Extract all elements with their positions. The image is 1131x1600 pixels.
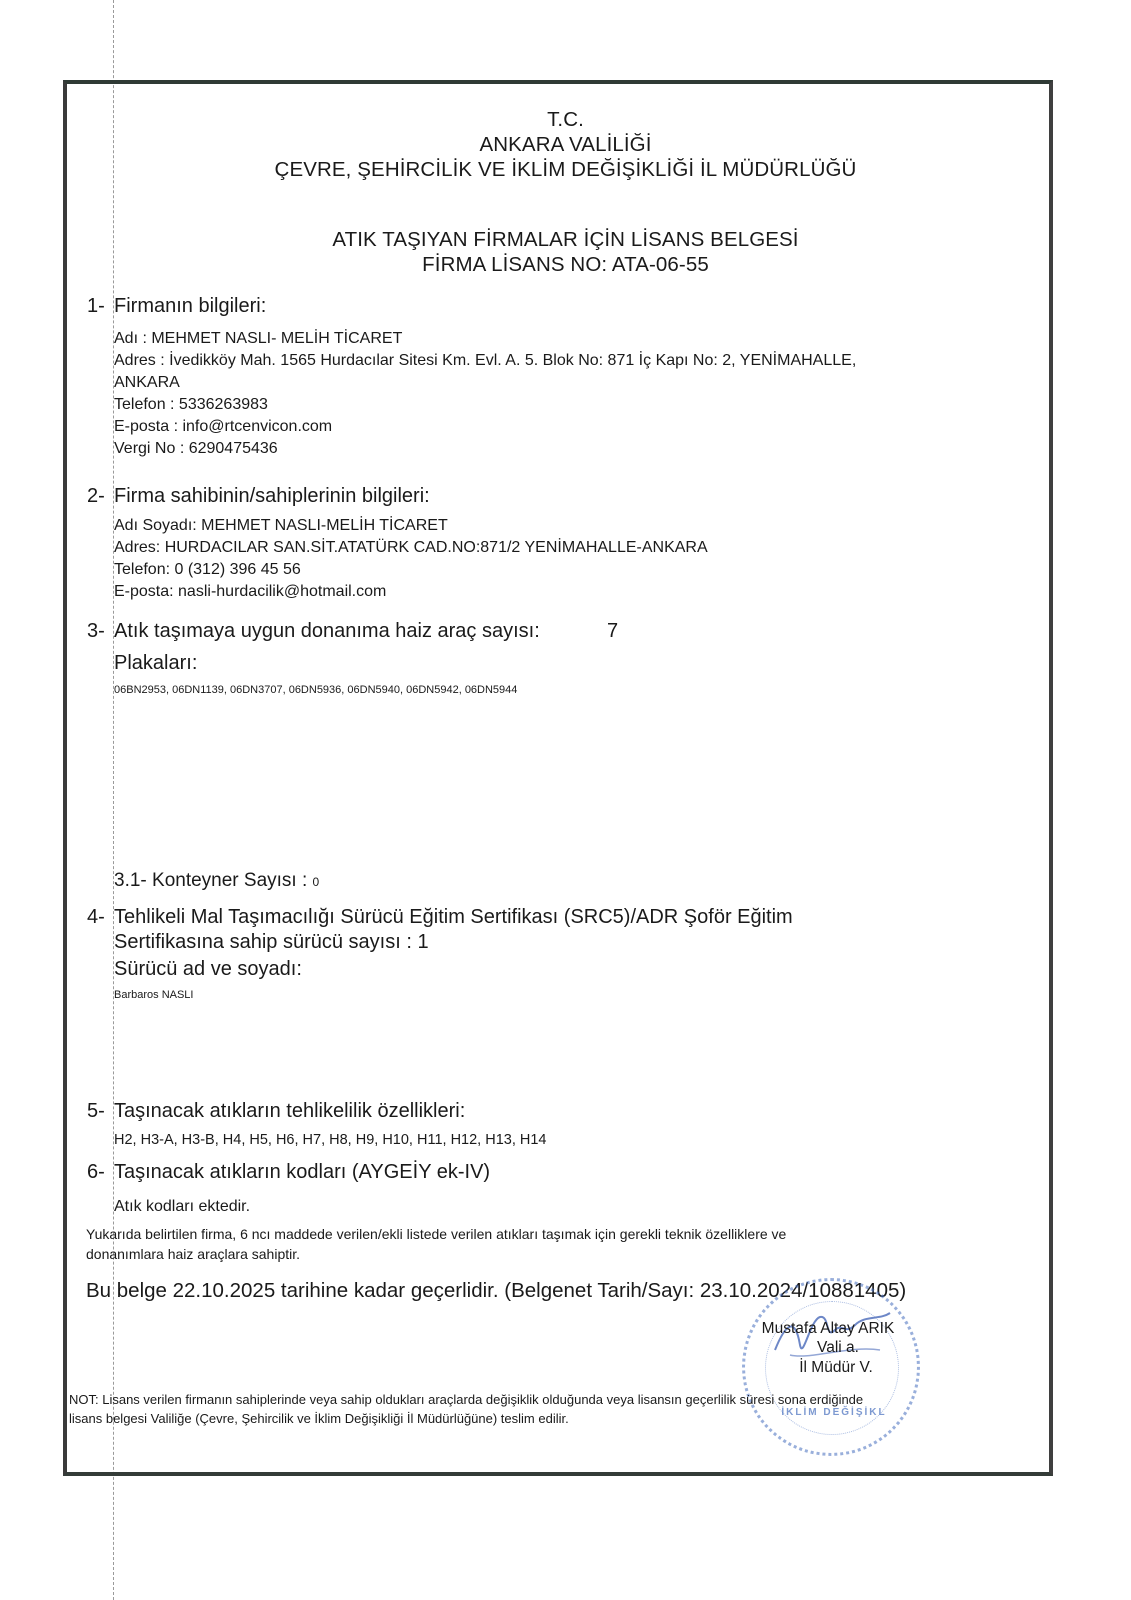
signer-name: Mustafa Altay ARIK — [728, 1320, 928, 1338]
owner-phone: Telefon: 0 (312) 396 45 56 — [114, 561, 301, 579]
section-4-title-line2: Sertifikasına sahip sürücü sayısı : 1 — [114, 931, 429, 954]
owner-name: Adı Soyadı: MEHMET NASLI-MELİH TİCARET — [114, 517, 448, 535]
firm-phone: Telefon : 5336263983 — [114, 396, 268, 414]
stamp-text: İKLİM DEĞİŞİKL — [745, 1407, 923, 1418]
note-line2: lisans belgesi Valiliğe (Çevre, Şehircil… — [69, 1411, 569, 1426]
firm-tax-no: Vergi No : 6290475436 — [114, 440, 278, 458]
container-count-line: 3.1- Konteyner Sayısı : 0 — [114, 870, 319, 892]
section-5-number: 5- — [87, 1100, 105, 1123]
section-2-number: 2- — [87, 485, 105, 508]
section-1-number: 1- — [87, 295, 105, 318]
owner-address: Adres: HURDACILAR SAN.SİT.ATATÜRK CAD.NO… — [114, 539, 708, 557]
statement-line1: Yukarıda belirtilen firma, 6 ncı maddede… — [86, 1226, 786, 1242]
section-5-title: Taşınacak atıkların tehlikelilik özellik… — [114, 1100, 465, 1123]
section-4-title-line1: Tehlikeli Mal Taşımacılığı Sürücü Eğitim… — [114, 906, 793, 929]
container-label: 3.1- Konteyner Sayısı : — [114, 870, 307, 891]
section-3-number: 3- — [87, 620, 105, 643]
statement-line2: donanımlara haiz araçlara sahiptir. — [86, 1246, 300, 1262]
drivers-list: Barbaros NASLI — [114, 989, 193, 1001]
section-3-title: Atık taşımaya uygun donanıma haiz araç s… — [114, 620, 540, 643]
signer-role-director: İl Müdür V. — [736, 1359, 936, 1377]
section-2-title: Firma sahibinin/sahiplerinin bilgileri: — [114, 485, 430, 508]
license-number: FİRMA LİSANS NO: ATA-06-55 — [0, 253, 1131, 277]
drivers-label: Sürücü ad ve soyadı: — [114, 958, 302, 981]
firm-name: Adı : MEHMET NASLI- MELİH TİCARET — [114, 330, 402, 348]
section-4-number: 4- — [87, 906, 105, 929]
section-6-title: Taşınacak atıkların kodları (AYGEİY ek-I… — [114, 1161, 490, 1184]
hazard-properties: H2, H3-A, H3-B, H4, H5, H6, H7, H8, H9, … — [114, 1132, 547, 1148]
vehicle-count: 7 — [607, 620, 618, 643]
section-6-number: 6- — [87, 1161, 105, 1184]
plates-list: 06BN2953, 06DN1139, 06DN3707, 06DN5936, … — [114, 684, 517, 696]
firm-address-line1: Adres : İvedikköy Mah. 1565 Hurdacılar S… — [114, 352, 856, 370]
document-frame — [63, 80, 1053, 1476]
header-governorship: ANKARA VALİLİĞİ — [0, 133, 1131, 157]
section-1-title: Firmanın bilgileri: — [114, 295, 266, 318]
owner-email: E-posta: nasli-hurdacilik@hotmail.com — [114, 583, 386, 601]
document-title: ATIK TAŞIYAN FİRMALAR İÇİN LİSANS BELGES… — [0, 228, 1131, 252]
header-tc: T.C. — [0, 108, 1131, 132]
waste-codes: Atık kodları ektedir. — [114, 1198, 250, 1216]
firm-email: E-posta : info@rtcenvicon.com — [114, 418, 332, 436]
note-line1: NOT: Lisans verilen firmanın sahiplerind… — [69, 1392, 863, 1407]
plates-label: Plakaları: — [114, 652, 197, 675]
firm-address-line2: ANKARA — [114, 374, 180, 392]
header-directorate: ÇEVRE, ŞEHİRCİLİK VE İKLİM DEĞİŞİKLİĞİ İ… — [0, 158, 1131, 182]
signer-role-vali: Vali a. — [738, 1339, 938, 1357]
container-count: 0 — [313, 875, 320, 889]
